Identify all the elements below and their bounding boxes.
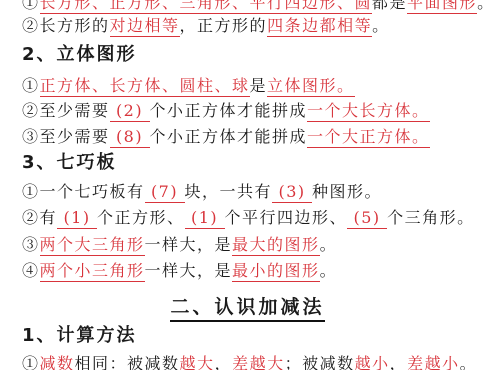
text: 个小正方体才能拼成 <box>150 127 308 146</box>
answer: 两个大三角形 <box>40 235 145 256</box>
highlight: 减数 <box>40 354 75 370</box>
text: 。 <box>372 16 390 35</box>
section-heading-calculation: 1、计算方法 <box>22 326 137 346</box>
text: 个三角形。 <box>387 208 475 227</box>
answer: 四条边都相等 <box>267 16 372 37</box>
text: 。 <box>477 0 495 12</box>
section-heading-tangram: 3、七巧板 <box>22 153 117 173</box>
text: 一样大，是 <box>145 261 233 280</box>
highlight: 差越小 <box>407 354 460 370</box>
answer-blank: (1) <box>185 208 225 229</box>
item-number: ③ <box>22 235 40 254</box>
answer-shapes: 长方形、正方形、三角形、平行四边形、圆 <box>40 0 373 14</box>
answer-blank: (3) <box>272 182 312 203</box>
text: 。 <box>460 354 478 370</box>
chapter-title: 二、认识加减法 <box>0 292 495 319</box>
section-heading-solid-shapes: 2、立体图形 <box>22 45 137 65</box>
text: 都是 <box>372 0 407 12</box>
item-number: ② <box>22 101 40 120</box>
solid-shapes-line: ①正方体、长方体、圆柱、球是立体图形。 <box>22 76 355 96</box>
answer: 正方体、长方体、圆柱、球 <box>40 76 250 97</box>
text: ；被减数 <box>285 354 355 370</box>
item-number: ③ <box>22 127 40 146</box>
answer: 一个大正方体。 <box>307 127 430 148</box>
answer: 最小的图形 <box>232 261 320 282</box>
text: 至少需要 <box>40 101 110 120</box>
tangram-pieces-line: ①一个七巧板有(7)块，一共有(3)种图形。 <box>22 182 382 203</box>
highlight: 差越大 <box>232 354 285 370</box>
text: 是 <box>250 76 268 95</box>
answer: 两个小三角形 <box>40 261 145 282</box>
text: 至少需要 <box>40 127 110 146</box>
item-number: ② <box>22 16 40 35</box>
item-number: ① <box>22 354 40 370</box>
answer: 最大的图形 <box>232 235 320 256</box>
smallest-shape-line: ④两个小三角形一样大，是最小的图形。 <box>22 261 337 281</box>
text: 个小正方体才能拼成 <box>150 101 308 120</box>
answer-blank: (5) <box>347 208 387 229</box>
item-number: ① <box>22 182 40 201</box>
answer: 一个大长方体。 <box>307 101 430 122</box>
answer-blank: (8) <box>110 127 150 148</box>
highlight: 越大 <box>180 354 215 370</box>
text: 相同：被减数 <box>75 354 180 370</box>
text: 一个七巧板有 <box>40 182 145 201</box>
answer-blank: (1) <box>57 208 97 229</box>
highlight: 越小 <box>355 354 390 370</box>
text: 种图形。 <box>312 182 382 201</box>
item-number: ① <box>22 0 40 12</box>
subtraction-rule-line: ①减数相同：被减数越大，差越大；被减数越小，差越小。 <box>22 354 477 370</box>
cuboid-line: ②至少需要(2)个小正方体才能拼成一个大长方体。 <box>22 101 430 122</box>
answer-blank: (7) <box>145 182 185 203</box>
item-number: ② <box>22 208 40 227</box>
rectangle-square-line: ②长方形的对边相等，正方形的四条边都相等。 <box>22 16 390 36</box>
text: 。 <box>320 261 338 280</box>
text: 个平行四边形、 <box>225 208 348 227</box>
plane-shapes-line: ①长方形、正方形、三角形、平行四边形、圆都是平面图形。 <box>22 0 495 13</box>
answer: 立体图形。 <box>267 76 355 97</box>
chapter-title-text: 二、认识加减法 <box>170 296 324 322</box>
answer-blank: (2) <box>110 101 150 122</box>
text: 个正方形、 <box>97 208 185 227</box>
text: 。 <box>320 235 338 254</box>
text: ， <box>215 354 233 370</box>
text: 块，一共有 <box>185 182 273 201</box>
text: 长方形的 <box>40 16 110 35</box>
largest-shape-line: ③两个大三角形一样大，是最大的图形。 <box>22 235 337 255</box>
text: 一样大，是 <box>145 235 233 254</box>
item-number: ① <box>22 76 40 95</box>
tangram-shapes-line: ②有(1)个正方形、(1)个平行四边形、(5)个三角形。 <box>22 208 475 229</box>
item-number: ④ <box>22 261 40 280</box>
text: 有 <box>40 208 58 227</box>
cube-line: ③至少需要(8)个小正方体才能拼成一个大正方体。 <box>22 127 430 148</box>
answer-plane: 平面图形 <box>407 0 477 14</box>
text: ， <box>390 354 408 370</box>
answer: 对边相等 <box>110 16 180 37</box>
text: ，正方形的 <box>180 16 268 35</box>
